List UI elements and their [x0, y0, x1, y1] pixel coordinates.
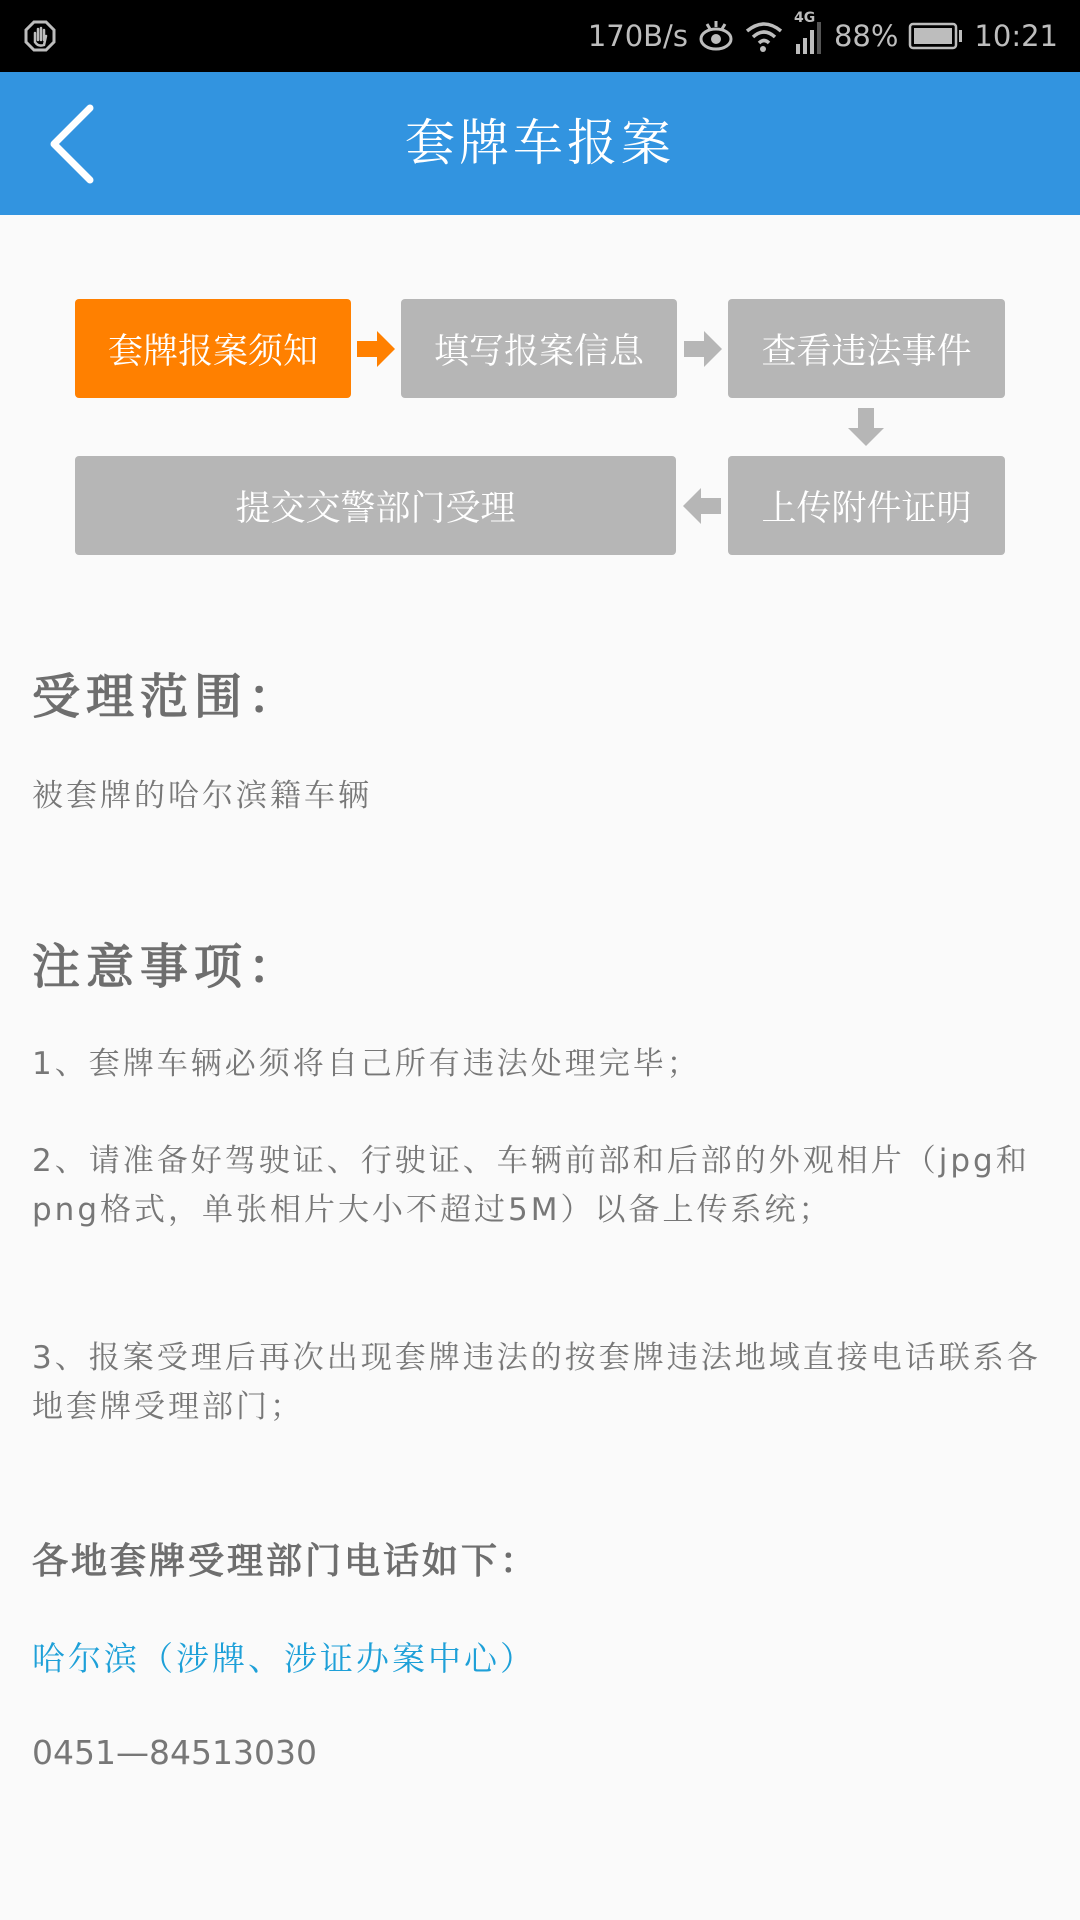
note-item-2: 2、请准备好驾驶证、行驶证、车辆前部和后部的外观相片（jpg和png格式，单张相…: [32, 1137, 1042, 1235]
step-label: 上传附件证明: [761, 481, 971, 531]
step-label: 套牌报案须知: [108, 324, 318, 374]
step-label: 提交交警部门受理: [235, 481, 515, 531]
hand-stop-icon: [24, 20, 56, 52]
arrow-down-icon: [848, 408, 884, 448]
note-item-3: 3、报案受理后再次出现套牌违法的按套牌违法地域直接电话联系各地套牌受理部门；: [32, 1334, 1042, 1432]
step-submit-police[interactable]: 提交交警部门受理: [75, 456, 676, 555]
contact-phone[interactable]: 0451—84513030: [32, 1733, 317, 1772]
scope-text: 被套牌的哈尔滨籍车辆: [32, 772, 372, 821]
4g-signal-icon: 4G: [794, 18, 824, 54]
contacts-heading: 各地套牌受理部门电话如下：: [32, 1533, 539, 1584]
step-label: 查看违法事件: [761, 324, 971, 374]
step-upload-proof[interactable]: 上传附件证明: [728, 456, 1005, 555]
status-bar: 170B/s 4G 88% 10:21: [0, 0, 1080, 72]
step-label: 填写报案信息: [434, 324, 644, 374]
contact-name-link[interactable]: 哈尔滨（涉牌、涉证办案中心）: [32, 1633, 536, 1680]
clock: 10:21: [974, 19, 1058, 53]
notes-heading: 注意事项：: [32, 928, 302, 997]
battery-percent: 88%: [834, 19, 898, 53]
arrow-right-icon: [357, 331, 397, 367]
scope-heading: 受理范围：: [32, 658, 302, 727]
network-speed: 170B/s: [588, 19, 688, 53]
app-header: 套牌车报案: [0, 72, 1080, 215]
arrow-right-icon: [684, 331, 724, 367]
step-view-violations[interactable]: 查看违法事件: [728, 299, 1005, 398]
step-notice[interactable]: 套牌报案须知: [75, 299, 351, 398]
step-fill-info[interactable]: 填写报案信息: [401, 299, 677, 398]
note-item-1: 1、套牌车辆必须将自己所有违法处理完毕；: [32, 1040, 1042, 1089]
eye-icon: [698, 19, 734, 53]
wifi-icon: [744, 19, 784, 53]
page-title: 套牌车报案: [0, 72, 1080, 215]
battery-icon: [908, 22, 964, 50]
network-type: 4G: [794, 10, 815, 26]
arrow-left-icon: [681, 488, 721, 524]
